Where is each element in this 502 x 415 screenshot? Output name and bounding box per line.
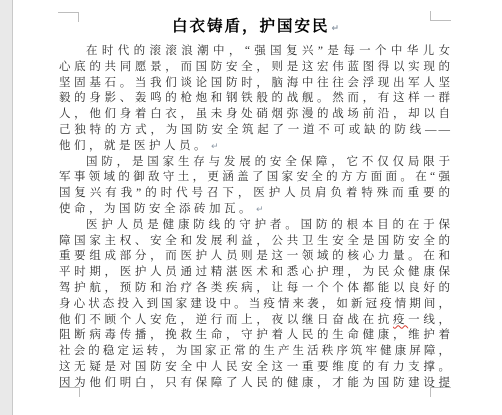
page-title-text: 白衣铸盾，护国安民: [172, 18, 330, 35]
document-text-area[interactable]: 白衣铸盾，护国安民↵ 在时代的滚滚浪潮中，“强国复兴”是每一个中华儿女 心底的共…: [59, 17, 452, 392]
body-line[interactable]: 驾护航，预防和治疗各类疾病，让每一个个体都能以良好的: [59, 281, 452, 297]
paragraph-mark-icon: ↵: [331, 24, 339, 34]
body-line[interactable]: 平时期，医护人员通过精湛医术和悉心护理，为民众健康保: [59, 265, 452, 281]
body-line[interactable]: 因为他们明白，只有保障了人民的健康，才能为国防建设提: [59, 376, 452, 392]
body-line-text: 他们不顾个人安危，逆行而上，夜以继日奋战在抗: [59, 314, 393, 326]
body-line[interactable]: 使命，为国防安全添砖加瓦。↵: [59, 202, 452, 218]
body-line[interactable]: 身心状态投入到国家建设中。当疫情来袭，如新冠疫情期间，: [59, 297, 452, 313]
body-line-text: 使命，为国防安全添砖加瓦。: [59, 203, 254, 215]
body-line[interactable]: 人，他们身着白衣，虽未身处硝烟弥漫的战场前沿，却以自: [59, 107, 452, 123]
body-line[interactable]: 在时代的滚滚浪潮中，“强国复兴”是每一个中华儿女: [59, 44, 452, 60]
body-line[interactable]: 这无疑是对国防安全中人民安全这一重要维度的有力支撑。: [59, 360, 452, 376]
body-line[interactable]: 心底的共同愿景，而国防安全，则是这宏伟蓝图得以实现的: [59, 60, 452, 76]
page-title[interactable]: 白衣铸盾，护国安民↵: [59, 17, 452, 39]
body-line[interactable]: 国防，是国家生存与发展的安全保障，它不仅仅局限于: [59, 155, 452, 171]
body-line[interactable]: 社会的稳定运转，为国家正常的生产生活秩序筑牢健康屏障，: [59, 344, 452, 360]
body-line[interactable]: 他们，就是医护人员。↵: [59, 139, 452, 155]
body-line[interactable]: 医护人员是健康防线的守护者。国防的根本目的在于保: [59, 218, 452, 234]
body-line[interactable]: 国复兴有我”的时代号召下，医护人员肩负着特殊而重要的: [59, 186, 452, 202]
paragraph-mark-icon: ↵: [256, 205, 264, 215]
body-line[interactable]: 重要组成部分，而医护人员则是这一领域的核心力量。在和: [59, 249, 452, 265]
body-line-text: 一线，: [408, 314, 452, 326]
body-line[interactable]: 己独特的方式，为国防安全筑起了一道不可或缺的防线——: [59, 123, 452, 139]
body-line[interactable]: 阻断病毒传播，挽救生命，守护着人民的生命健康，维护着: [59, 328, 452, 344]
app-gutter: [0, 0, 13, 415]
body-line[interactable]: 他们不顾个人安危，逆行而上，夜以继日奋战在抗疫一线，: [59, 313, 452, 329]
word-document-window: 白衣铸盾，护国安民↵ 在时代的滚滚浪潮中，“强国复兴”是每一个中华儿女 心底的共…: [0, 0, 502, 415]
body-line[interactable]: 军事领域的御敌守土，更涵盖了国家安全的方方面面。在“强: [59, 170, 452, 186]
spellcheck-underline: 疫: [393, 314, 408, 326]
body-line[interactable]: 障国家主权、安全和发展利益，公共卫生安全是国防安全的: [59, 234, 452, 250]
body-line[interactable]: 毅的身影、轰鸣的枪炮和钢铁般的战舰。然而，有这样一群: [59, 91, 452, 107]
body-line[interactable]: 坚固基石。当我们谈论国防时，脑海中往往会浮现出军人坚: [59, 76, 452, 92]
paragraph-mark-icon: ↵: [211, 142, 219, 152]
body-line-text: 他们，就是医护人员。: [59, 140, 209, 152]
